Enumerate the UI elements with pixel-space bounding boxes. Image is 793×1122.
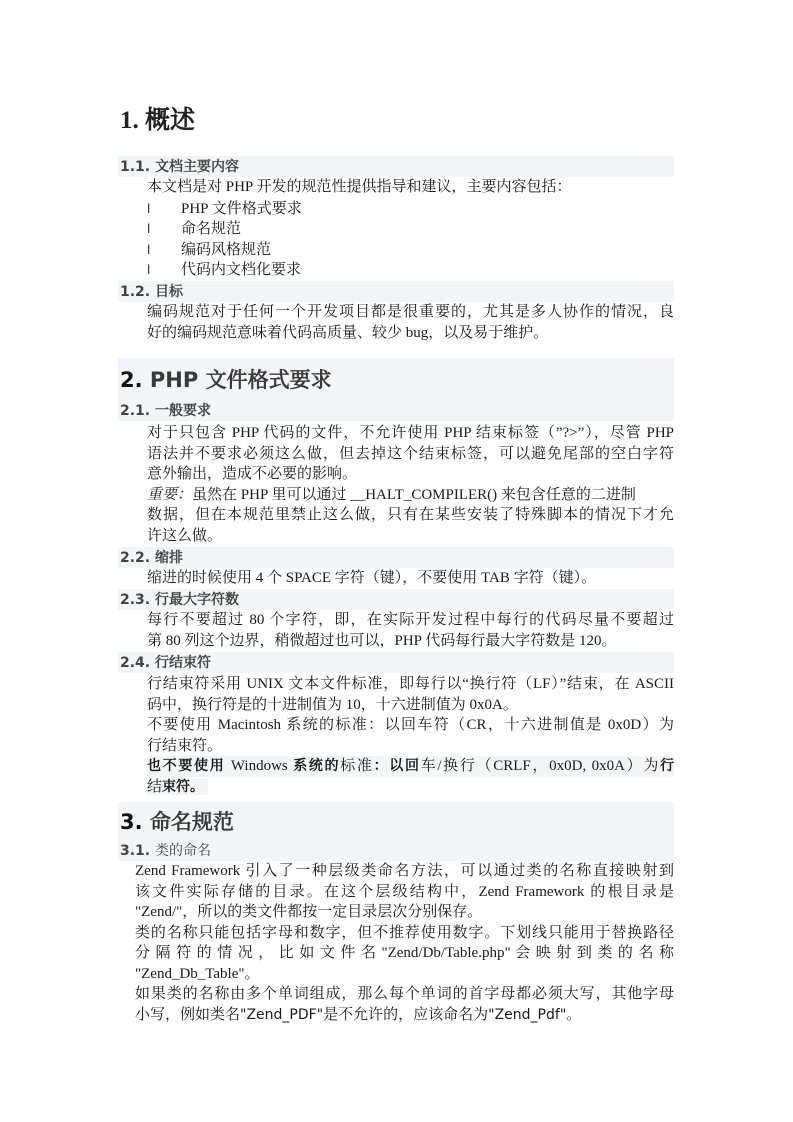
bullet-item: l代码内文档化要求 xyxy=(147,260,301,280)
section-2-2-heading: 2.2. 缩排 xyxy=(120,548,183,568)
section-2-3-heading-band: 2.3. 行最大字符数 xyxy=(118,589,674,610)
section-2-heading-band: 2. PHP 文件格式要求 xyxy=(118,358,674,400)
section-1-1-heading: 1.1. 文档主要内容 xyxy=(120,157,239,177)
bullet-item: l命名规范 xyxy=(147,219,241,239)
section-1-2-body: 编码规范对于任何一个开发项目都是很重要的，尤其是多人协作的情况，良 好的编码规范… xyxy=(147,302,674,343)
section-2-4-heading-band: 2.4. 行结束符 xyxy=(118,652,674,673)
section-2-2-body: 缩进的时候使用 4 个 SPACE 字符（键），不要使用 TAB 字符（键）。 xyxy=(147,568,674,589)
bullet-marker-icon: l xyxy=(147,219,181,239)
bullet-marker-icon: l xyxy=(147,240,181,260)
section-2-2-heading-band: 2.2. 缩排 xyxy=(118,547,674,568)
section-2-4-body: 行结束符采用 UNIX 文本文件标准，即每行以“换行符（LF）”结束，在 ASC… xyxy=(147,674,674,797)
section-2-1-body: 对于只包含 PHP 代码的文件，不允许使用 PHP 结束标签（”?>”），尽管 … xyxy=(147,423,674,546)
section-1-2-heading-band: 1.2. 目标 xyxy=(118,281,674,302)
section-2-3-body: 每行不要超过 80 个字符，即，在实际开发过程中每行的代码尽量不要超过 第 80… xyxy=(147,610,674,651)
section-1-1-intro: 本文档是对 PHP 开发的规范性提供指导和建议，主要内容包括： xyxy=(147,177,674,198)
section-3-heading-band: 3. 命名规范 xyxy=(118,802,674,840)
section-3-heading: 3. 命名规范 xyxy=(120,806,234,836)
section-2-4-heading: 2.4. 行结束符 xyxy=(120,653,211,673)
section-3-1-heading-band: 3.1. 类的命名 xyxy=(118,840,674,861)
class-name-code: "Zend_PDF" xyxy=(240,1007,323,1023)
section-1-1-heading-band: 1.1. 文档主要内容 xyxy=(118,156,674,177)
windows-line-ending-note: 也不要使用 Windows 系统的标准：以回车/换行（CRLF，0x0D, 0x… xyxy=(147,756,674,777)
bullet-item: l编码风格规范 xyxy=(147,240,271,260)
section-2-1-heading: 2.1. 一般要求 xyxy=(120,401,211,421)
bullet-marker-icon: l xyxy=(147,260,181,280)
bullet-item: lPHP 文件格式要求 xyxy=(147,199,302,219)
section-3-1-heading: 3.1. 类的命名 xyxy=(120,841,211,861)
bullet-marker-icon: l xyxy=(147,199,181,219)
document-page: 1. 概述 1.1. 文档主要内容 本文档是对 PHP 开发的规范性提供指导和建… xyxy=(0,0,793,1122)
section-2-3-heading: 2.3. 行最大字符数 xyxy=(120,590,239,610)
emphasis-label: 重要： xyxy=(147,487,192,503)
section-1-heading: 1. 概述 xyxy=(120,100,195,136)
section-1-2-heading: 1.2. 目标 xyxy=(120,282,183,302)
section-2-heading: 2. PHP 文件格式要求 xyxy=(120,364,332,394)
section-2-1-heading-band: 2.1. 一般要求 xyxy=(118,400,674,421)
section-3-1-body: Zend Framework 引入了一种层级类命名方法，可以通过类的名称直接映射… xyxy=(135,861,674,1025)
class-name-code: "Zend_Pdf" xyxy=(488,1007,566,1023)
